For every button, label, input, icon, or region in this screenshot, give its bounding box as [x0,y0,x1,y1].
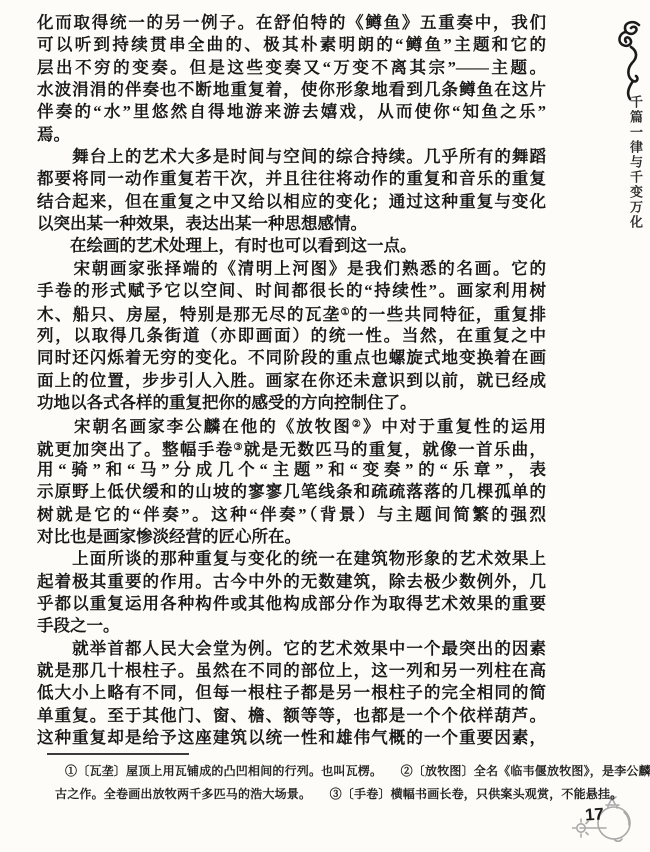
text-line: 木、船只、房屋，特别是那无尽的瓦垄①的一些共同特征，重复排 [37,302,546,324]
text-line: 就是那几十根柱子。虽然在不同的部位上，这一列和另一列柱在高 [37,660,546,682]
text-line: 手段之一。 [37,615,546,637]
text-line: 示原野上低伏缓和的山坡的寥寥几笔线条和疏疏落落的几棵孤单的 [37,481,546,503]
text-line: 用“骑”和“马”分成几个“主题”和“变奏”的“乐章”，表 [37,459,546,481]
text-line: 可以听到持续贯串全曲的、极其朴素明朗的“鳟鱼”主题和它的 [37,34,546,56]
text-line: 面上的位置，步步引人入胜。画家在你还未意识到以前，就已经成 [37,370,546,392]
footnote-ref: ① [341,307,351,318]
text-line: 低大小上略有不同，但每一根柱子都是另一根柱子的完全相同的简 [37,682,546,704]
text-line: 上面所谈的那种重复与变化的统一在建筑物形象的艺术效果上 [37,548,546,570]
text-line: 起着极其重要的作用。古今中外的无数建筑，除去极少数例外，几 [37,571,546,593]
text-line: 单重复。至于其他门、窗、檐、额等等，也都是一个个依样葫芦。 [37,705,546,727]
text-line: 在绘画的艺术处理上，有时也可以看到这一点。 [37,235,546,257]
footnote-divider [47,753,189,755]
text-line: 手卷的形式赋予它以空间、时间都很长的“持续性”。画家利用树 [37,280,546,302]
text-line: 宋朝名画家李公麟在他的《放牧图②》中对于重复性的运用 [37,414,546,436]
text-line: 这种重复却是给予这座建筑以统一性和雄伟气概的一个重要因素， [37,727,546,749]
text-line: 树就是它的“伴奏”。这种“伴奏”（背景）与主题间简繁的强烈 [37,504,546,526]
text-line: 伴奏的“水”里悠然自得地游来游去嬉戏，从而使你“知鱼之乐” [37,101,546,123]
footnote-ref: ② [352,419,363,430]
main-text-block: 化而取得统一的另一例子。在舒伯特的《鳟鱼》五重奏中，我们可以听到持续贯串全曲的、… [37,12,546,749]
text-line: 同时还闪烁着无穷的变化。不同阶段的重点也螺旋式地变换着在画 [37,347,546,369]
text-line: 以突出某一种效果，表达出某一种思想感情。 [37,213,546,235]
chapter-title-vertical: 千篇一律与千变万化 [626,95,645,230]
text-line: 就更加突出了。整幅手卷③就是无数匹马的重复，就像一首乐曲， [37,437,546,459]
text-line: 层出不穷的变奏。但是这些变奏又“万变不离其宗”——主题。 [37,57,546,79]
page-number: 17 [584,804,604,825]
text-line: 乎都以重复运用各种构件或其他构成部分作为取得艺术效果的重要 [37,593,546,615]
text-line: 焉。 [37,124,546,146]
text-line: 就举首都人民大会堂为例。它的艺术效果中一个最突出的因素 [37,638,546,660]
book-page: 化而取得统一的另一例子。在舒伯特的《鳟鱼》五重奏中，我们可以听到持续贯串全曲的、… [0,0,650,852]
text-line: 化而取得统一的另一例子。在舒伯特的《鳟鱼》五重奏中，我们 [37,12,546,34]
text-line: 功地以各式各样的重复把你的感受的方向控制住了。 [37,392,546,414]
text-line: 舞台上的艺术大多是时间与空间的综合持续。几乎所有的舞蹈 [37,146,546,168]
text-line: 宋朝画家张择端的《清明上河图》是我们熟悉的名画。它的 [37,258,546,280]
footnote-ref: ③ [233,442,243,453]
footnote-line: 古之作。全卷画出放牧两千多匹马的浩大场景。 ③〔手卷〕横幅书画长卷，只供案头观赏… [55,787,622,801]
floral-flourish-icon [617,20,644,107]
text-line: 水波涓涓的伴奏也不断地重复着，使你形象地看到几条鳟鱼在这片 [37,79,546,101]
text-line: 列，以取得几条街道（亦即画面）的统一性。当然，在重复之中 [37,325,546,347]
text-line: 都要将同一动作重复若干次，并且往往将动作的重复和音乐的重复 [37,168,546,190]
text-line: 结合起来，但在重复之中又给以相应的变化；通过这种重复与变化 [37,191,546,213]
text-line: 对比也是画家惨淡经营的匠心所在。 [37,526,546,548]
footnote-line: ①〔瓦垄〕屋顶上用瓦铺成的凸凹相间的行列。也叫瓦楞。 ②〔放牧图〕全名《临韦偃放… [65,764,650,778]
